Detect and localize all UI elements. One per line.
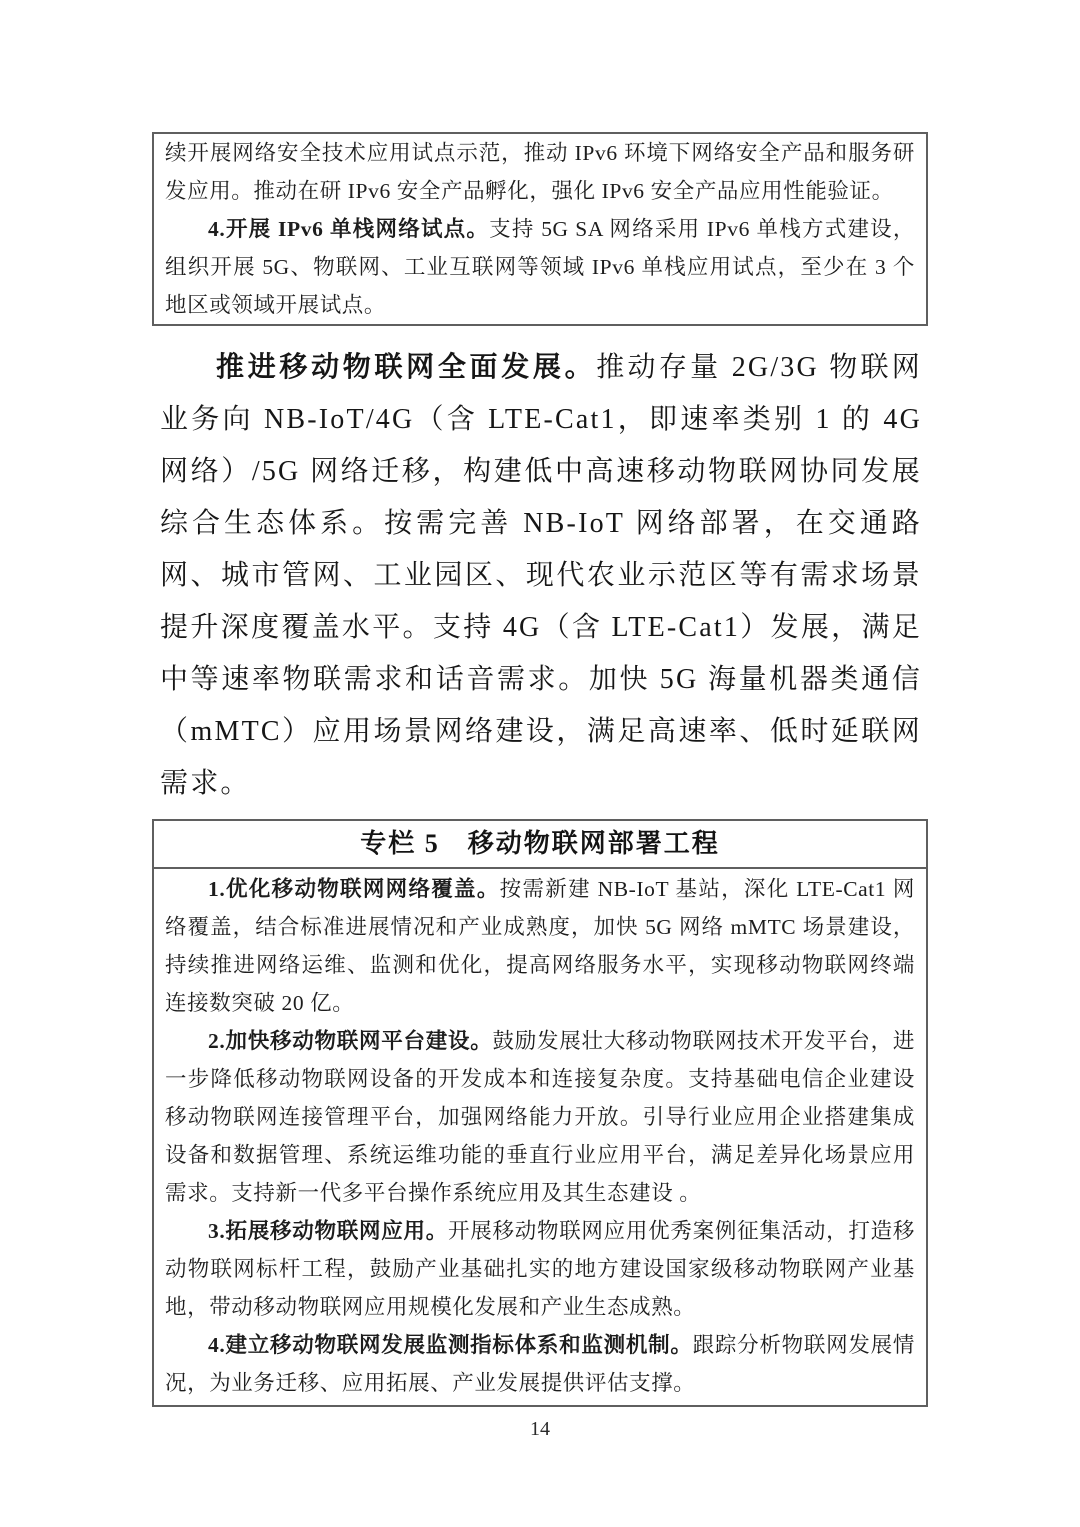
column5-item-2: 2.加快移动物联网平台建设。鼓励发展壮大移动物联网技术开发平台，进一步降低移动物…: [165, 1022, 915, 1212]
paragraph-text: 续开展网络安全技术应用试点示范，推动 IPv6 环境下网络安全产品和服务研发应用…: [165, 141, 915, 203]
document-page: 续开展网络安全技术应用试点示范，推动 IPv6 环境下网络安全产品和服务研发应用…: [0, 0, 1080, 1527]
ipv6-item-4-paragraph: 4.开展 IPv6 单栈网络试点。支持 5G SA 网络采用 IPv6 单栈方式…: [165, 210, 915, 324]
paragraph-text: 推动存量 2G/3G 物联网业务向 NB-IoT/4G（含 LTE-Cat1，即…: [160, 352, 922, 799]
column-5-body: 1.优化移动物联网网络覆盖。按需新建 NB-IoT 基站，深化 LTE-Cat1…: [154, 869, 926, 1405]
item-lead: 4.开展 IPv6 单栈网络试点。: [208, 217, 489, 241]
mobile-iot-paragraph: 推进移动物联网全面发展。推动存量 2G/3G 物联网业务向 NB-IoT/4G（…: [160, 342, 922, 810]
item-lead: 4.建立移动物联网发展监测指标体系和监测机制。: [208, 1333, 693, 1357]
page-number: 14: [0, 1418, 1080, 1441]
item-lead: 3.拓展移动物联网应用。: [208, 1219, 448, 1243]
ipv6-pilot-box-body: 续开展网络安全技术应用试点示范，推动 IPv6 环境下网络安全产品和服务研发应用…: [154, 134, 926, 324]
ipv6-pilot-box: 续开展网络安全技术应用试点示范，推动 IPv6 环境下网络安全产品和服务研发应用…: [152, 132, 928, 326]
column5-item-3: 3.拓展移动物联网应用。开展移动物联网应用优秀案例征集活动，打造移动物联网标杆工…: [165, 1212, 915, 1326]
ipv6-continuation-paragraph: 续开展网络安全技术应用试点示范，推动 IPv6 环境下网络安全产品和服务研发应用…: [165, 134, 915, 210]
item-lead: 2.加快移动物联网平台建设。: [208, 1029, 492, 1053]
column-5-title: 专栏 5 移动物联网部署工程: [154, 821, 926, 869]
page-content: 续开展网络安全技术应用试点示范，推动 IPv6 环境下网络安全产品和服务研发应用…: [152, 132, 928, 1407]
column-5-box: 专栏 5 移动物联网部署工程 1.优化移动物联网网络覆盖。按需新建 NB-IoT…: [152, 819, 928, 1407]
paragraph-lead: 推进移动物联网全面发展。: [216, 352, 596, 383]
item-text: 鼓励发展壮大移动物联网技术开发平台，进一步降低移动物联网设备的开发成本和连接复杂…: [165, 1029, 915, 1205]
column5-item-4: 4.建立移动物联网发展监测指标体系和监测机制。跟踪分析物联网发展情况，为业务迁移…: [165, 1326, 915, 1402]
column5-item-1: 1.优化移动物联网网络覆盖。按需新建 NB-IoT 基站，深化 LTE-Cat1…: [165, 870, 915, 1022]
item-lead: 1.优化移动物联网网络覆盖。: [208, 877, 500, 901]
